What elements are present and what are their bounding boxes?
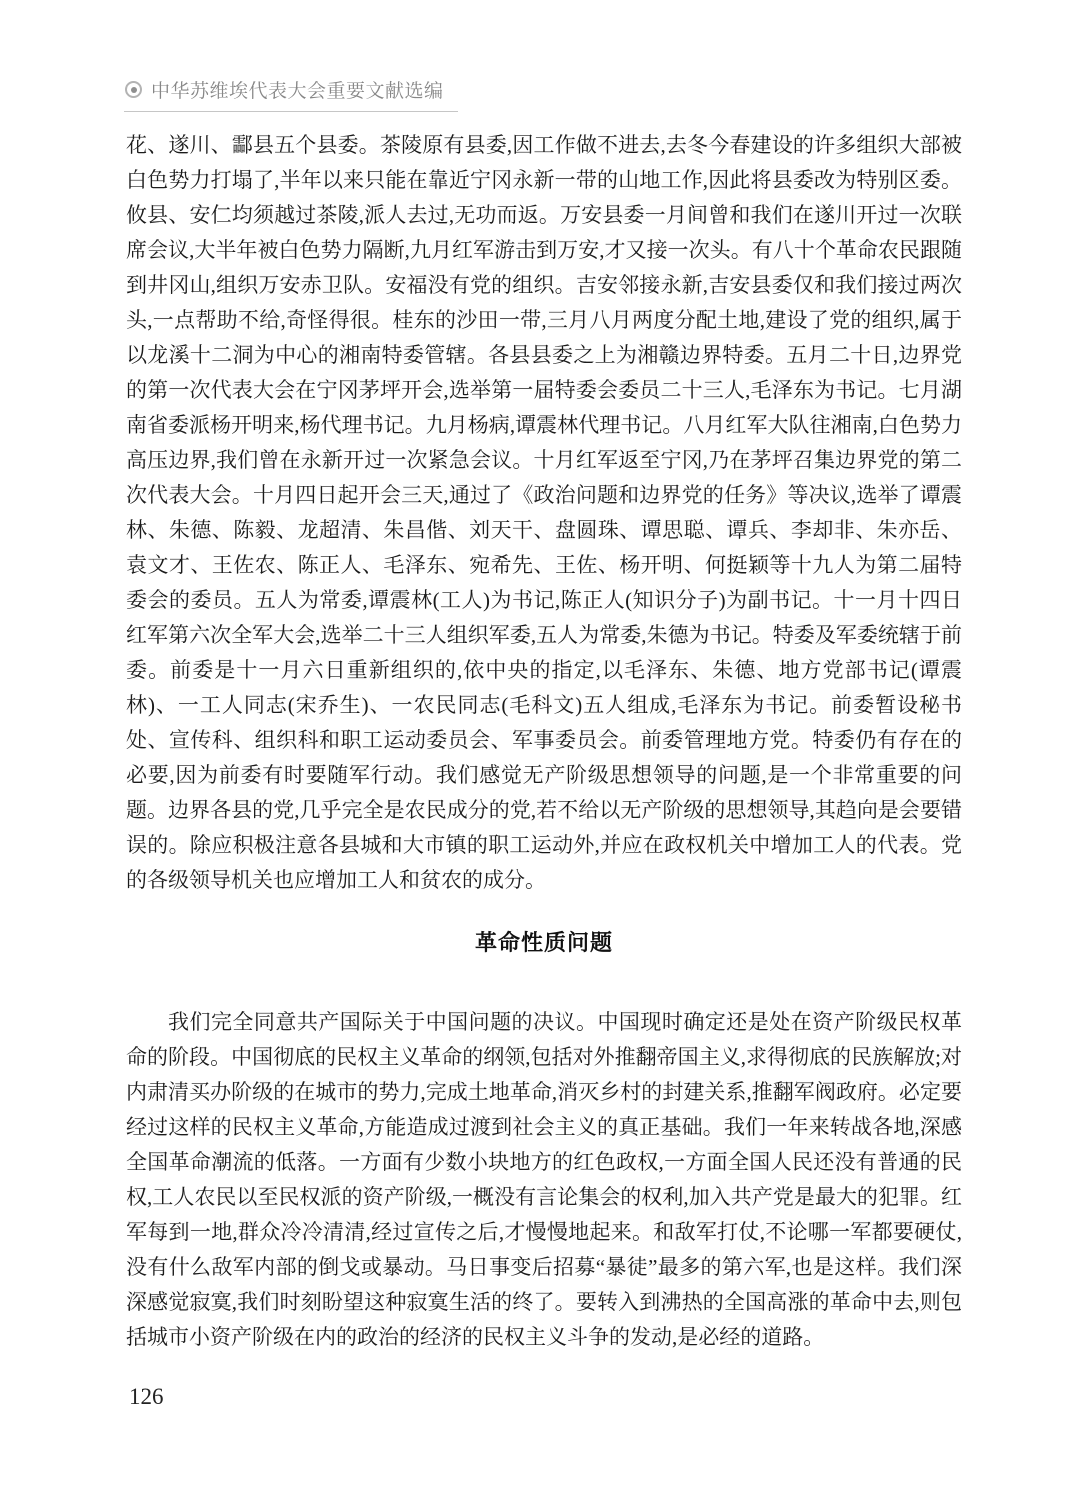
- page-number: 126: [129, 1384, 164, 1410]
- running-header-rule: 中华苏维埃代表大会重要文献选编: [124, 76, 458, 112]
- text-block: 花、遂川、酃县五个县委。茶陵原有县委,因工作做不进去,去冬今春建设的许多组织大部…: [126, 128, 962, 1355]
- book-page: 中华苏维埃代表大会重要文献选编 花、遂川、酃县五个县委。茶陵原有县委,因工作做不…: [0, 0, 1083, 1508]
- bullseye-icon: [125, 81, 142, 98]
- paragraph-party-organization: 花、遂川、酃县五个县委。茶陵原有县委,因工作做不进去,去冬今春建设的许多组织大部…: [126, 128, 962, 898]
- section-heading: 革命性质问题: [126, 925, 962, 960]
- running-header: 中华苏维埃代表大会重要文献选编: [124, 76, 458, 112]
- paragraph-revolution-nature: 我们完全同意共产国际关于中国问题的决议。中国现时确定还是处在资产阶级民权革命的阶…: [126, 1005, 962, 1355]
- bullseye-icon-dot: [131, 87, 137, 93]
- running-header-title: 中华苏维埃代表大会重要文献选编: [151, 76, 444, 103]
